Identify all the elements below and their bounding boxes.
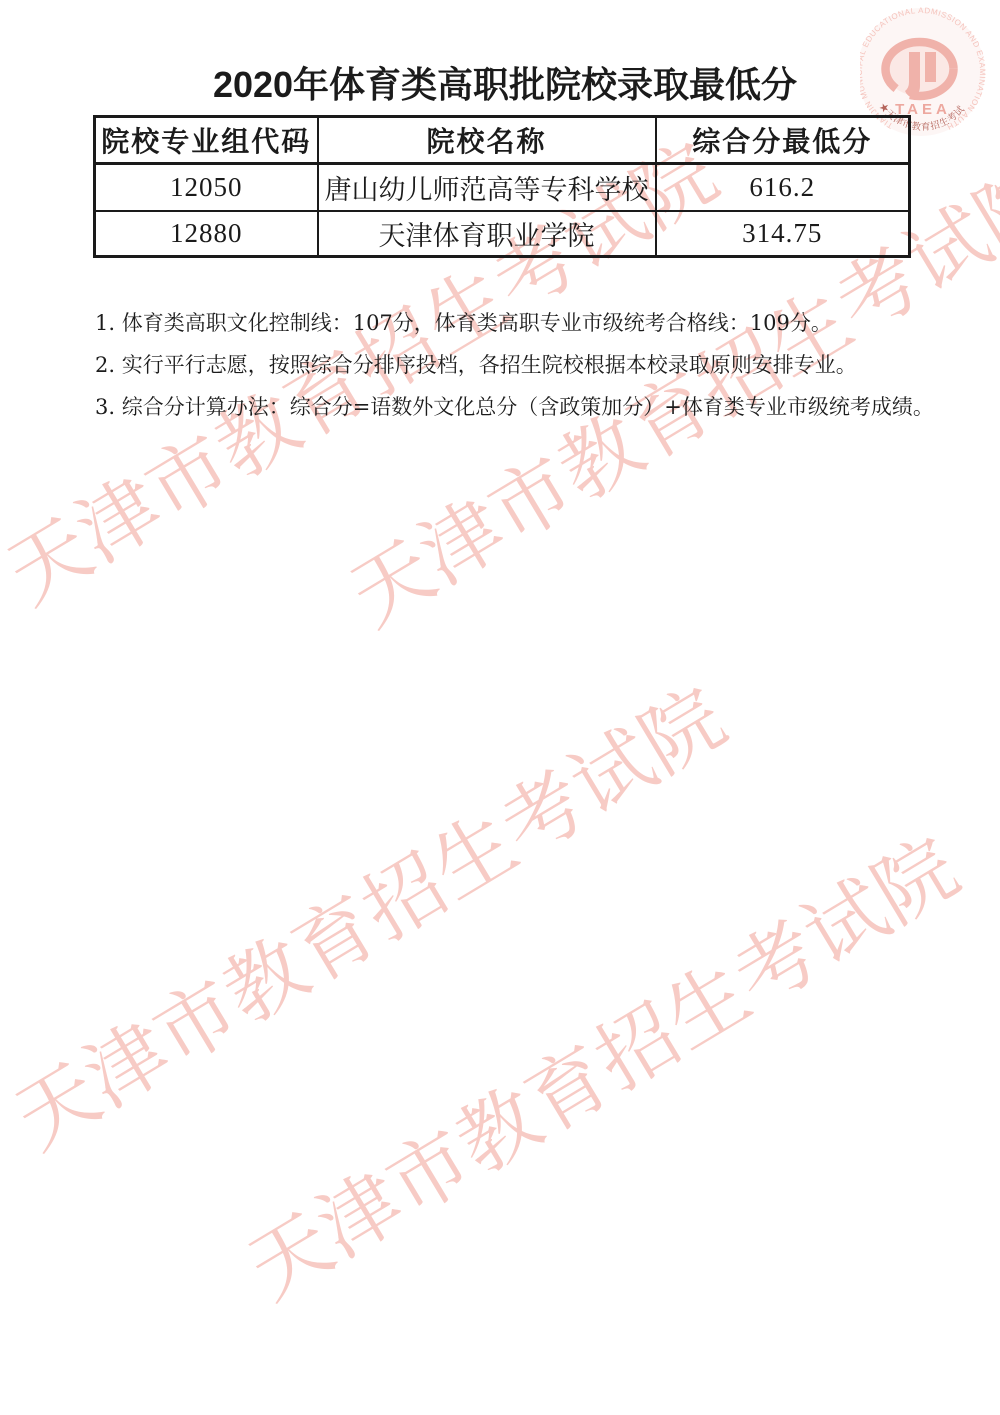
table-header-score: 综合分最低分 xyxy=(656,117,910,164)
note-line: 2. 实行平行志愿，按照综合分排序投档，各招生院校根据本校录取原则安排专业。 xyxy=(95,354,955,376)
table-row: 12880 天津体育职业学院 314.75 xyxy=(95,211,910,257)
cell-name: 唐山幼儿师范高等专科学校 xyxy=(318,164,656,211)
note-line: 1. 体育类高职文化控制线：107分，体育类高职专业市级统考合格线：109分。 xyxy=(95,312,955,334)
notes-section: 1. 体育类高职文化控制线：107分，体育类高职专业市级统考合格线：109分。 … xyxy=(95,312,955,438)
table-row: 12050 唐山幼儿师范高等专科学校 616.2 xyxy=(95,164,910,211)
cell-code: 12880 xyxy=(95,211,318,257)
scores-table: 院校专业组代码 院校名称 综合分最低分 12050 唐山幼儿师范高等专科学校 6… xyxy=(93,115,911,258)
cell-name: 天津体育职业学院 xyxy=(318,211,656,257)
cell-score: 616.2 xyxy=(656,164,910,211)
cell-score: 314.75 xyxy=(656,211,910,257)
note-line: 3. 综合分计算办法：综合分=语数外文化总分（含政策加分）+体育类专业市级统考成… xyxy=(95,396,955,418)
cell-code: 12050 xyxy=(95,164,318,211)
document-content: 2020年体育类高职批院校录取最低分 院校专业组代码 院校名称 综合分最低分 1… xyxy=(0,0,1000,1415)
table-header-code: 院校专业组代码 xyxy=(95,117,318,164)
table-header-row: 院校专业组代码 院校名称 综合分最低分 xyxy=(95,117,910,164)
page-root: { "page": { "background": "#ffffff" }, "… xyxy=(0,0,1000,1415)
page-title: 2020年体育类高职批院校录取最低分 xyxy=(95,57,915,108)
table-header-name: 院校名称 xyxy=(318,117,656,164)
